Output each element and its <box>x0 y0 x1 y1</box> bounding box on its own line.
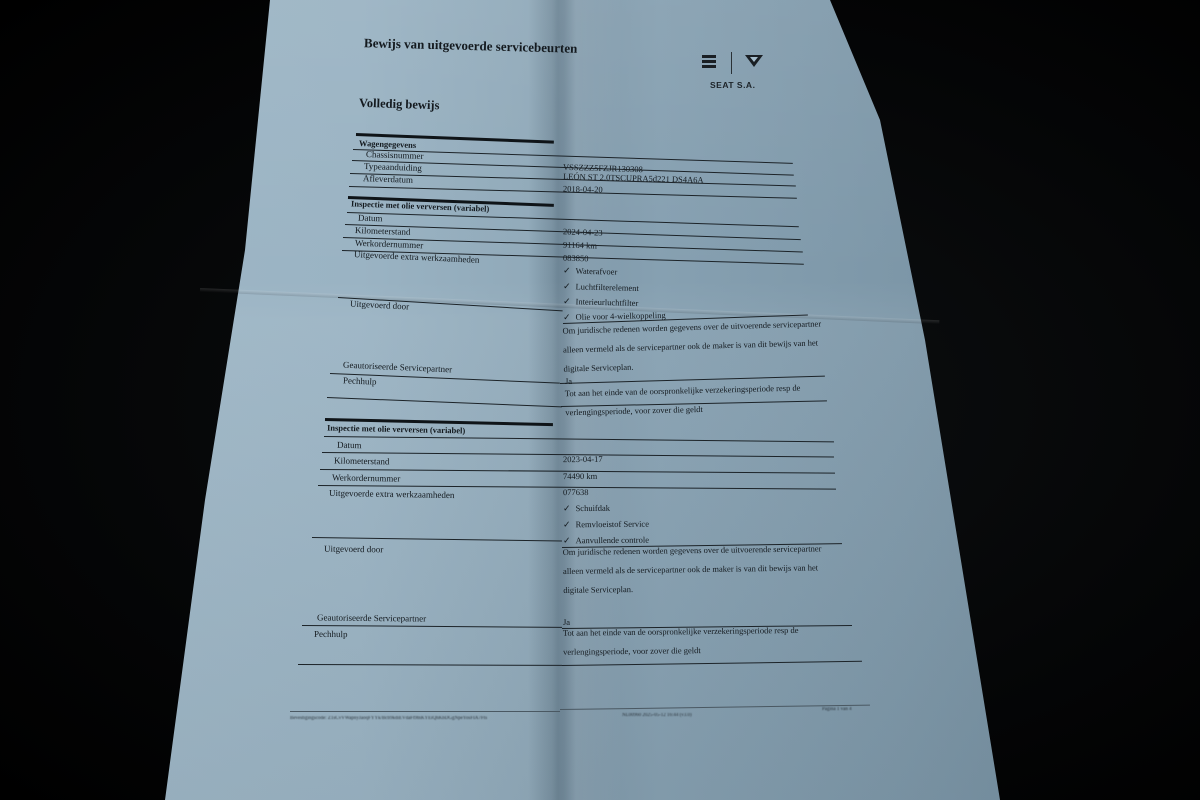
vehicle-label-type: Typeaanduiding <box>364 161 422 173</box>
inspection-1-extra-item: ✓Luchtfilterelement <box>563 281 639 294</box>
extra-item-text: Schuifdak <box>575 503 610 513</box>
vehicle-label-chassis: Chassisnummer <box>366 149 424 161</box>
brand-logo: SEAT S.A. <box>700 52 770 96</box>
checkmark-icon: ✓ <box>563 282 571 292</box>
inspection-2-extra-item: ✓Schuifdak <box>563 503 610 514</box>
inspection-2-label-authorized: Geautoriseerde Servicepartner <box>317 612 426 623</box>
checkmark-icon: ✓ <box>563 504 571 514</box>
footer-rule <box>290 711 560 712</box>
extra-item-text: Waterafvoer <box>575 266 617 277</box>
inspection-2-value-km: 74490 km <box>563 471 597 481</box>
inspection-2-value-workorder: 077638 <box>563 487 589 497</box>
checkmark-icon: ✓ <box>563 520 571 530</box>
inspection-2-label-km: Kilometerstand <box>334 456 390 467</box>
checkmark-icon: ✓ <box>563 297 571 307</box>
inspection-1-performed-by-text: Om juridische redenen worden gegevens ov… <box>562 314 823 378</box>
document-subtitle: Volledig bewijs <box>359 96 440 114</box>
footer-page-number: Pagina 1 van 4 <box>822 707 852 712</box>
footer-code-value: Z1sCvVWapnyJaoqFYYk/Bcb9kdiEVdaFt9tnKYEi… <box>328 716 487 721</box>
logo-divider <box>731 52 732 74</box>
extra-item-text: Interieurluchtfilter <box>575 296 638 308</box>
footer-meta: NL00960 2025-05-12 16:44 (v3.0) <box>622 713 692 718</box>
inspection-1-label-roadside: Pechhulp <box>343 375 377 386</box>
inspection-1-value-roadside: Tot aan het einde van de oorspronkelijke… <box>565 378 836 423</box>
inspection-2-performed-by-text: Om juridische redenen worden gegevens ov… <box>563 539 844 600</box>
footer-code-label: Bevestigingscode: <box>290 716 327 721</box>
brand-name: SEAT S.A. <box>710 80 755 90</box>
inspection-1-label-date: Datum <box>358 213 383 224</box>
inspection-2-extra-item: ✓Remvloeistof Service <box>563 519 649 531</box>
inspection-1-extra-item: ✓Waterafvoer <box>563 265 618 277</box>
inspection-2-label-roadside: Pechhulp <box>314 629 348 639</box>
inspection-2-label-performed-by: Uitgevoerd door <box>324 544 383 555</box>
footer-confirmation-code: Bevestigingscode: Z1sCvVWapnyJaoqFYYk/Bc… <box>290 716 487 721</box>
inspection-1-label-km: Kilometerstand <box>355 225 411 237</box>
extra-item-text: Remvloeistof Service <box>576 519 650 530</box>
extra-item-text: Luchtfilterelement <box>575 281 638 293</box>
checkmark-icon: ✓ <box>563 266 571 276</box>
cupra-logo-inner <box>750 57 758 62</box>
inspection-2-value-roadside: Tot aan het einde van de oorspronkelijke… <box>563 620 853 662</box>
inspection-2-label-workorder: Werkordernummer <box>332 472 400 483</box>
inspection-1-extra-item: ✓Interieurluchtfilter <box>563 296 639 309</box>
seat-logo-icon <box>702 55 716 68</box>
inspection-2-label-date: Datum <box>337 440 362 450</box>
vehicle-label-delivery: Afleverdatum <box>363 173 413 185</box>
